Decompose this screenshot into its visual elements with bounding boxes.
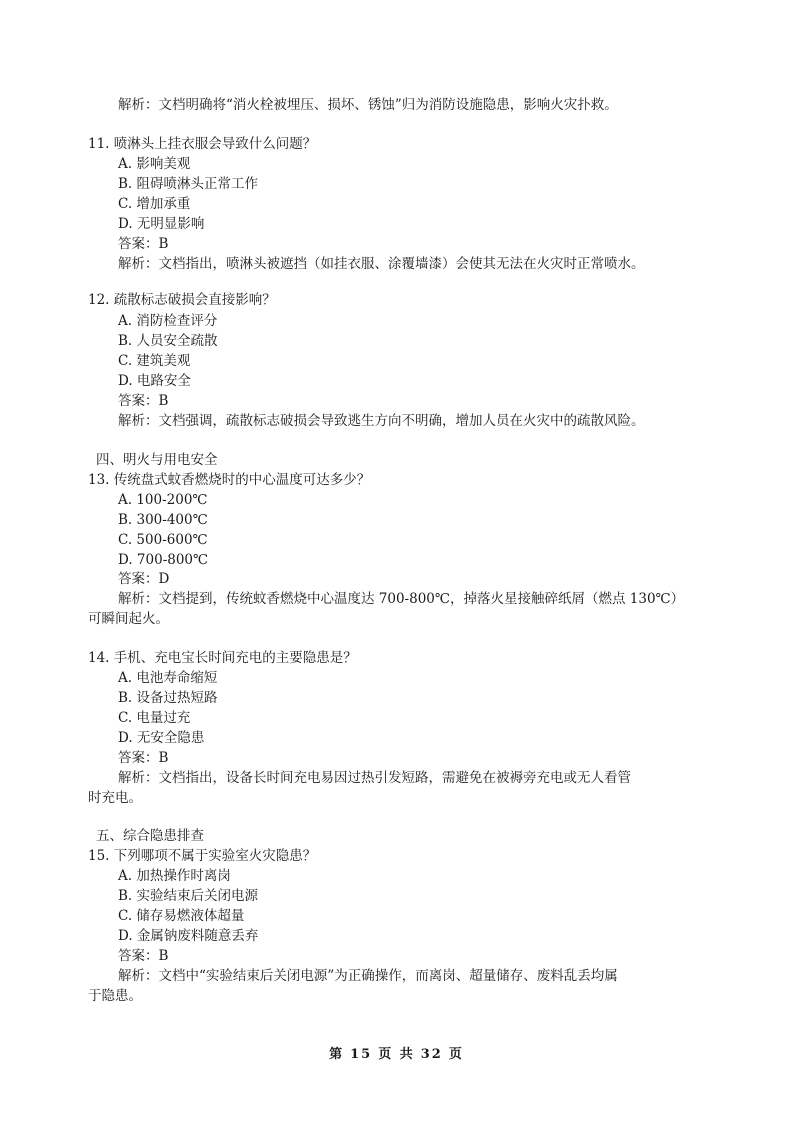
option-c: C. 500-600℃	[118, 530, 208, 550]
option-c: C. 储存易燃液体超量	[118, 906, 244, 926]
option-b: B. 300-400℃	[118, 510, 208, 530]
current-page-number: 15	[350, 1047, 372, 1062]
question-title: 12. 疏散标志破损会直接影响？	[88, 290, 276, 310]
explanation-line-1: 解析：文档指出，设备长时间充电易因过热引发短路，需避免在被褥旁充电或无人看管	[118, 768, 631, 788]
footer-prefix: 第	[329, 1047, 344, 1062]
section-heading-5: 五、综合隐患排查	[96, 826, 204, 846]
option-c: C. 电量过充	[118, 708, 190, 728]
section-heading-4: 四、明火与用电安全	[96, 450, 218, 470]
option-a: A. 100-200℃	[118, 490, 208, 510]
answer: 答案：B	[118, 391, 168, 411]
option-a: A. 加热操作时离岗	[118, 866, 231, 886]
explanation: 解析：文档指出，喷淋头被遮挡（如挂衣服、涂覆墙漆）会使其无法在火灾时正常喷水。	[118, 254, 645, 274]
option-b: B. 阻碍喷淋头正常工作	[118, 174, 258, 194]
option-d: D. 无安全隐患	[118, 728, 204, 748]
option-d: D. 金属钠废料随意丢弃	[118, 926, 258, 946]
question-title: 13. 传统盘式蚊香燃烧时的中心温度可达多少？	[88, 470, 370, 490]
explanation-line-2: 时充电。	[88, 788, 142, 808]
option-b: B. 设备过热短路	[118, 688, 218, 708]
option-b: B. 人员安全疏散	[118, 331, 218, 351]
explanation-line-1: 解析：文档提到，传统蚊香燃烧中心温度达 700-800℃，掉落火星接触碎纸屑（燃…	[118, 589, 684, 609]
option-c: C. 建筑美观	[118, 351, 190, 371]
option-d: D. 电路安全	[118, 371, 191, 391]
answer: 答案：D	[118, 569, 169, 589]
explanation: 解析：文档强调，疏散标志破损会导致逃生方向不明确，增加人员在火灾中的疏散风险。	[118, 411, 645, 431]
option-d: D. 700-800℃	[118, 550, 208, 570]
option-c: C. 增加承重	[118, 194, 190, 214]
page-footer: 第15页 共32页	[0, 1043, 793, 1062]
explanation-line-1: 解析：文档中“实验结束后关闭电源”为正确操作，而离岗、超量储存、废料乱丢均属	[118, 966, 618, 986]
question-title: 14. 手机、充电宝长时间充电的主要隐患是？	[88, 648, 357, 668]
footer-middle: 页 共	[378, 1047, 415, 1062]
option-a: A. 影响美观	[118, 154, 190, 174]
answer: 答案：B	[118, 748, 168, 768]
question-title: 11. 喷淋头上挂衣服会导致什么问题？	[88, 134, 316, 154]
answer: 答案：B	[118, 946, 168, 966]
option-b: B. 实验结束后关闭电源	[118, 886, 258, 906]
document-page: 解析：文档明确将“消火栓被埋压、损坏、锈蚀”归为消防设施隐患，影响火灾扑救。 1…	[0, 0, 793, 1122]
option-a: A. 消防检查评分	[118, 311, 217, 331]
footer-suffix: 页	[449, 1047, 464, 1062]
explanation-q10: 解析：文档明确将“消火栓被埋压、损坏、锈蚀”归为消防设施隐患，影响火灾扑救。	[118, 95, 618, 115]
option-d: D. 无明显影响	[118, 214, 204, 234]
question-title: 15. 下列哪项不属于实验室火灾隐患？	[88, 846, 316, 866]
explanation-line-2: 于隐患。	[88, 986, 142, 1006]
total-pages-number: 32	[421, 1047, 443, 1062]
explanation-line-2: 可瞬间起火。	[88, 609, 169, 629]
option-a: A. 电池寿命缩短	[118, 668, 217, 688]
answer: 答案：B	[118, 234, 168, 254]
